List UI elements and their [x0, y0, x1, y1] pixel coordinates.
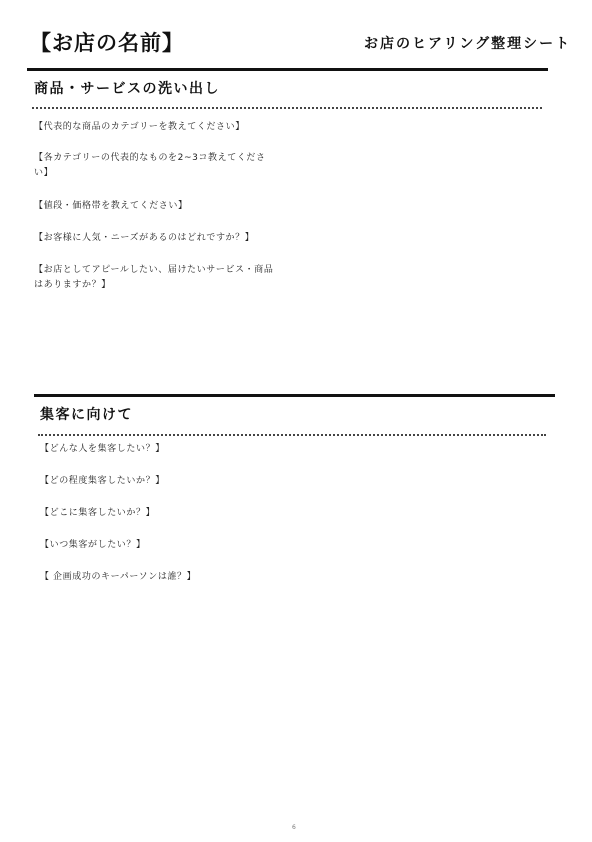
question-item: 【いつ集客がしたい？】 — [40, 538, 285, 553]
question-item: 【代表的な商品のカテゴリーを教えてください】 — [34, 120, 279, 135]
page-number: 6 — [292, 824, 296, 832]
question-item: 【どんな人を集客したい？】 — [40, 442, 285, 457]
section-divider-dotted — [38, 434, 546, 436]
question-item: 【どこに集客したいか？】 — [40, 506, 285, 521]
sheet-title: お店のヒアリング整理シート — [364, 34, 571, 54]
shop-name-heading: 【お店の名前】 — [30, 28, 184, 58]
section-title-customer-acquisition: 集客に向けて — [40, 405, 133, 425]
section-divider-solid — [27, 68, 548, 71]
question-item: 【お店としてアピールしたい、届けたいサービス・商品はありますか？】 — [34, 263, 279, 293]
section-title-products: 商品・サービスの洗い出し — [34, 79, 220, 99]
question-item: 【値段・価格帯を教えてください】 — [34, 199, 279, 214]
question-item: 【 企画成功のキーパーソンは誰？】 — [40, 570, 285, 585]
question-item: 【お客様に人気・ニーズがあるのはどれですか？】 — [34, 231, 279, 246]
question-item: 【各カテゴリーの代表的なものを2~3コ教えてください】 — [34, 151, 279, 181]
question-item: 【どの程度集客したいか？】 — [40, 474, 285, 489]
section-divider-solid — [34, 394, 555, 397]
section-divider-dotted — [32, 107, 542, 109]
